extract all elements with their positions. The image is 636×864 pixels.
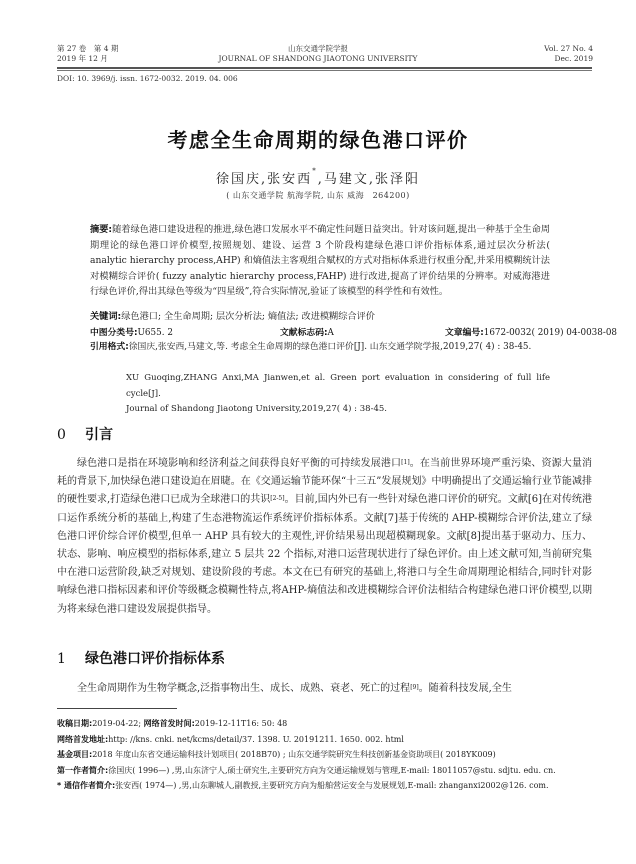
article-number: 文章编号:1672-0032( 2019) 04-0038-08 (445, 325, 617, 338)
author-list: 徐国庆,张安西*,马建文,张泽阳 (0, 168, 636, 187)
document-code: 文献标志码:A (280, 325, 334, 338)
section-heading-index-system: 1绿色港口评价指标体系 (57, 648, 225, 668)
first-author-line: 第一作者简介:徐国庆( 1996—) ,男,山东济宁人,硕士研究生,主要研究方向… (57, 763, 592, 779)
online-url-line: 网络首发地址:http: //kns. cnki. net/kcms/detai… (57, 732, 592, 748)
doi: DOI: 10. 3969/j. issn. 1672-0032. 2019. … (57, 74, 238, 83)
received-label: 收稿日期: (57, 719, 92, 728)
header-rule-thin (57, 70, 592, 71)
keywords-text: 绿色港口; 全生命周期; 层次分析法; 熵值法; 改进模糊综合评价 (121, 311, 375, 322)
first-author-label: 第一作者简介: (57, 766, 108, 775)
fund-line: 基金项目:2018 年度山东省交通运输科技计划项目( 2018B70) ; 山东… (57, 747, 592, 763)
section-heading-introduction: 0引言 (57, 424, 113, 444)
text-run: 全生命周期作为生物学概念,泛指事物出生、成长、成熟、衰老、死亡的过程 (77, 683, 410, 694)
corr-author-label: * 通信作者简介: (57, 781, 115, 790)
footnote-rule (57, 708, 177, 709)
abstract-text: 随着绿色港口建设进程的推进,绿色港口发展水平不确定性问题日益突出。针对该问题,提… (90, 224, 550, 297)
footnotes: 收稿日期:2019-04-22; 网络首发时间:2019-12-11T16: 5… (57, 716, 592, 794)
corresponding-author-line: * 通信作者简介:张安西( 1974—) ,男,山东聊城人,副教授,主要研究方向… (57, 778, 592, 794)
keywords-label: 关键词: (90, 311, 121, 322)
article-no-label: 文章编号: (445, 328, 484, 338)
text-run: 绿色港口是指在环境影响和经济利益之间获得良好平衡的可持续发展港口 (77, 458, 401, 469)
citation-en: XU Guoqing,ZHANG Anxi,MA Jianwen,et al. … (126, 371, 550, 418)
citation-cn: 引用格式:徐国庆,张安西,马建文,等. 考虑全生命周期的绿色港口评价[J]. 山… (90, 340, 586, 356)
article-title: 考虑全生命周期的绿色港口评价 (0, 124, 636, 153)
section-number: 0 (57, 427, 85, 443)
section-title: 绿色港口评价指标体系 (85, 651, 225, 667)
date-en: Dec. 2019 (544, 54, 593, 64)
journal-name-cn: 山东交通学院学报 (0, 44, 636, 54)
introduction-paragraph: 绿色港口是指在环境影响和经济利益之间获得良好平衡的可持续发展港口[1]。在当前世… (57, 455, 592, 619)
keywords: 关键词:绿色港口; 全生命周期; 层次分析法; 熵值法; 改进模糊综合评价 (90, 309, 550, 325)
journal-name: 山东交通学院学报 JOURNAL OF SHANDONG JIAOTONG UN… (0, 44, 636, 64)
authors-part-2: ,马建文,张泽阳 (318, 172, 420, 187)
online-value: 2019-12-11T16: 50: 48 (195, 719, 287, 728)
first-author-value: 徐国庆( 1996—) ,男,山东济宁人,硕士研究生,主要研究方向为交通运输规划… (108, 766, 556, 775)
section-title: 引言 (85, 427, 113, 443)
fund-label: 基金项目: (57, 750, 92, 759)
text-run: 。目前,国内外已有一些针对绿色港口评价的研究。文献[6]在对传统港口运作系统分析… (57, 494, 592, 614)
citation-label: 引用格式: (90, 342, 129, 352)
online-label: 网络首发时间: (144, 719, 195, 728)
journal-name-en: JOURNAL OF SHANDONG JIAOTONG UNIVERSITY (0, 54, 636, 64)
authors-part-1: 徐国庆,张安西 (216, 172, 312, 187)
affiliation: ( 山东交通学院 航海学院, 山东 威海 264200) (0, 190, 636, 201)
header-rule-thick (57, 67, 592, 69)
corresponding-author-mark: * (312, 167, 318, 175)
volume-no-en: Vol. 27 No. 4 (544, 44, 593, 54)
citation-ref: [1] (401, 459, 410, 466)
received-date-line: 收稿日期:2019-04-22; 网络首发时间:2019-12-11T16: 5… (57, 716, 592, 732)
citation-ref: [9] (410, 684, 419, 691)
online-url[interactable]: http: //kns. cnki. net/kcms/detail/37. 1… (108, 735, 404, 744)
corr-author-value: 张安西( 1974—) ,男,山东聊城人,副教授,主要研究方向为船舶营运安全与发… (115, 781, 548, 790)
citation-en-line-1: XU Guoqing,ZHANG Anxi,MA Jianwen,et al. … (126, 371, 550, 402)
article-no-value: 1672-0032( 2019) 04-0038-08 (484, 328, 617, 338)
text-run: 。随着科技发展,全生 (419, 683, 512, 694)
received-value: 2019-04-22; (92, 719, 141, 728)
clc-label: 中图分类号: (90, 328, 138, 338)
abstract-label: 摘要: (90, 224, 112, 235)
fund-value: 2018 年度山东省交通运输科技计划项目( 2018B70) ; 山东交通学院研… (92, 750, 496, 759)
abstract: 摘要:随着绿色港口建设进程的推进,绿色港口发展水平不确定性问题日益突出。针对该问… (90, 222, 550, 300)
citation-cn-text: 徐国庆,张安西,马建文,等. 考虑全生命周期的绿色港口评价[J]. 山东交通学院… (129, 342, 532, 352)
journal-volume-en: Vol. 27 No. 4 Dec. 2019 (544, 44, 593, 64)
clc-number: 中图分类号:U655. 2 (90, 325, 173, 338)
section-1-paragraph: 全生命周期作为生物学概念,泛指事物出生、成长、成熟、衰老、死亡的过程[9]。随着… (57, 680, 592, 698)
section-number: 1 (57, 651, 85, 667)
doc-code-value: A (328, 328, 334, 338)
url-label: 网络首发地址: (57, 735, 108, 744)
citation-ref: [2-5] (270, 495, 284, 502)
citation-en-line-2: Journal of Shandong Jiaotong University,… (126, 402, 550, 418)
clc-value: U655. 2 (138, 328, 173, 338)
doc-code-label: 文献标志码: (280, 328, 328, 338)
